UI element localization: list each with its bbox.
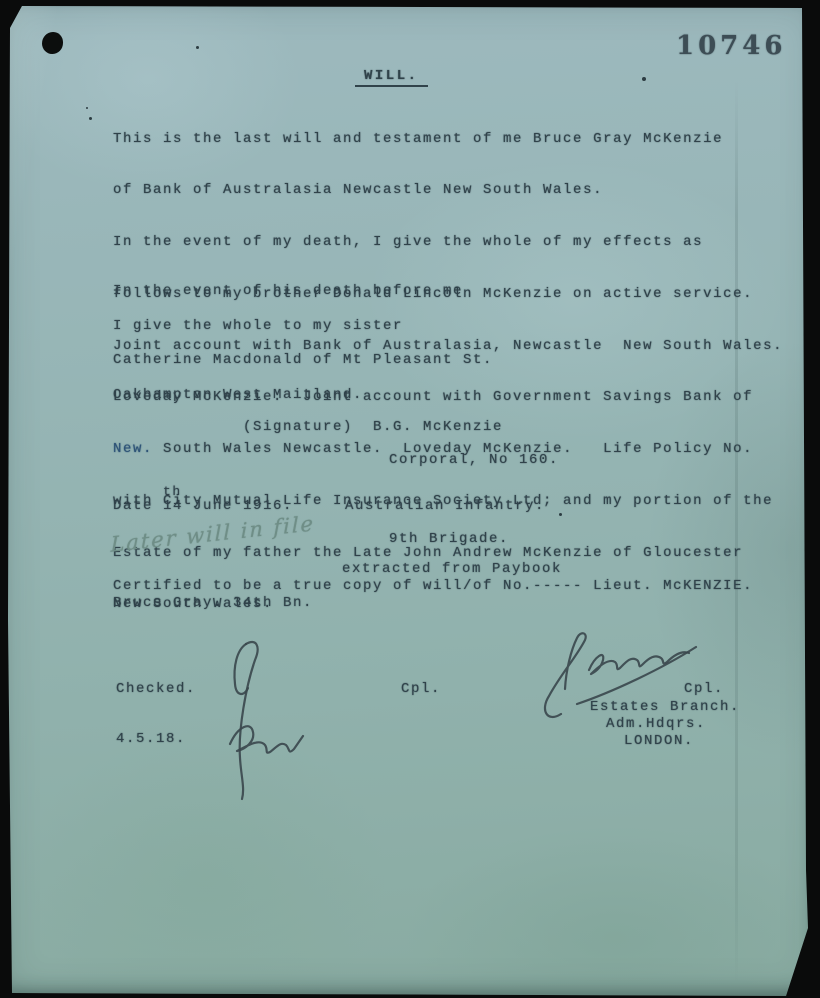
clause-give-to-sister: I give the whole to my sister	[113, 318, 403, 335]
ink-speck	[559, 513, 562, 516]
extracted-note: extracted from Paybook	[342, 561, 562, 578]
certifying-signature	[533, 626, 718, 726]
document-title: WILL.	[355, 68, 428, 87]
checked-date: 4.5.18.	[116, 731, 186, 748]
clause-sister-name: Catherine Macdonald of Mt Pleasant St.	[113, 352, 493, 369]
rank-line: Corporal, No 160.	[389, 452, 559, 469]
city-label: LONDON.	[624, 733, 694, 750]
checked-label: Checked.	[116, 681, 196, 698]
checked-signature	[200, 638, 310, 803]
will-body-line: This is the last will and testament of m…	[113, 131, 783, 148]
clause-death-before-me: In the event of his death before me	[113, 283, 463, 300]
ink-speck	[89, 117, 92, 120]
brigade-line: 9th Brigade.	[389, 531, 509, 548]
unit-line: Australian Infantry.	[345, 498, 545, 515]
will-body-line: In the event of my death, I give the who…	[113, 234, 783, 251]
blue-ink-word: New.	[113, 441, 153, 457]
cpl-center-label: Cpl.	[401, 681, 441, 698]
ink-speck	[642, 77, 646, 81]
ink-speck	[86, 107, 88, 109]
clause-sister-town: Oakhampton West Maitland.	[113, 387, 363, 404]
scanned-will-document: 10746 WILL. This is the last will and te…	[0, 0, 820, 998]
date-line: Date 14 June 1916.	[113, 498, 293, 515]
document-title-wrap: WILL.	[355, 68, 428, 85]
will-body-line: of Bank of Australasia Newcastle New Sou…	[113, 182, 783, 199]
punch-hole	[42, 32, 63, 54]
ink-speck	[196, 46, 199, 49]
certified-line-1: Certified to be a true copy of will/of N…	[113, 578, 753, 595]
signature-line: (Signature) B.G. McKenzie	[243, 419, 503, 436]
certified-line-2: Bruce Gray. 34th Bn.	[113, 595, 313, 612]
stamp-number: 10746	[676, 31, 786, 61]
